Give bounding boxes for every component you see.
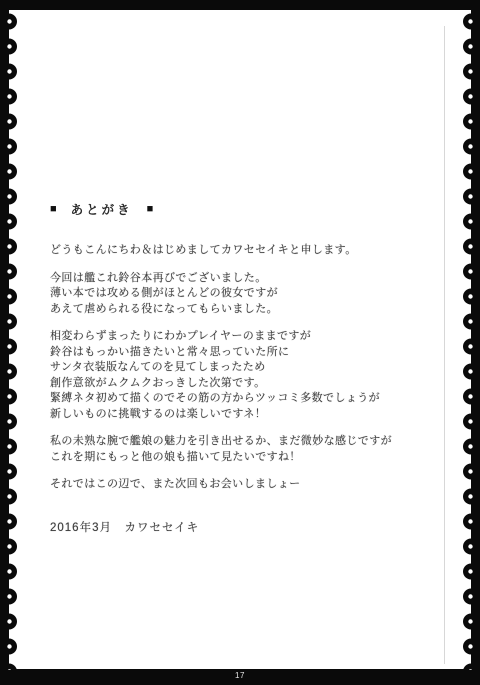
afterword-heading: ■ あとがき ■ xyxy=(50,200,445,218)
afterword-paragraph-reflection: 私の未熟な腕で艦娘の魅力を引き出せるか、まだ微妙な感じですが これを期にもっと他… xyxy=(50,434,445,465)
afterword-paragraph-closing: それではこの辺で、また次回もお会いしましょー xyxy=(50,477,445,493)
afterword-paragraph-greeting: どうもこんにちわ＆はじめましてカワセセイキと申します。 xyxy=(50,243,445,259)
black-square-right-icon: ■ xyxy=(147,204,154,215)
afterword-paragraph-book-intro: 今回は艦これ鈴谷本再びでございました。 薄い本では攻める側がほとんどの彼女ですが… xyxy=(50,271,445,318)
scanned-page: ■ あとがき ■ どうもこんにちわ＆はじめましてカワセセイキと申します。 今回は… xyxy=(0,0,480,685)
page-number: 17 xyxy=(0,669,480,683)
afterword-heading-title: あとがき xyxy=(71,200,133,218)
afterword-content: ■ あとがき ■ どうもこんにちわ＆はじめましてカワセセイキと申します。 今回は… xyxy=(50,200,445,535)
signature-date: 2016年3月 カワセセイキ xyxy=(50,519,445,535)
afterword-paragraph-motivation: 相変わらずまったりにわかプレイヤーのままですが 鈴谷はもっかい描きたいと常々思っ… xyxy=(50,329,445,422)
black-square-left-icon: ■ xyxy=(50,204,57,215)
